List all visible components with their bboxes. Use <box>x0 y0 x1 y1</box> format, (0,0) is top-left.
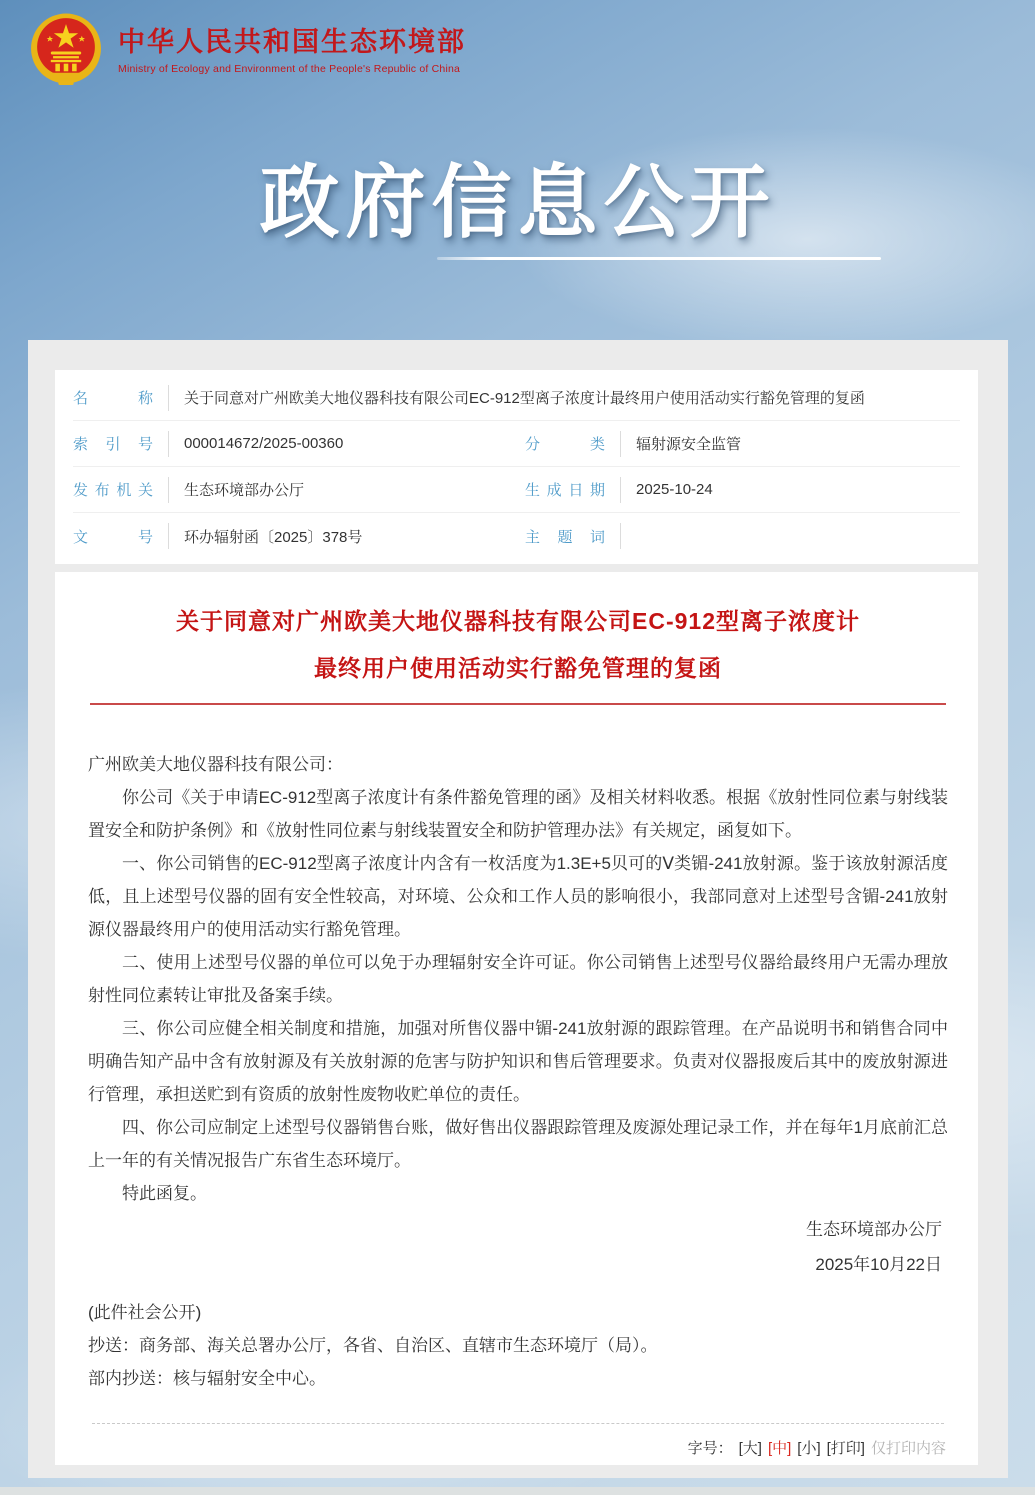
paragraph: 四、你公司应制定上述型号仪器销售台账，做好售出仪器跟踪管理及废源处理记录工作，并… <box>88 1111 948 1177</box>
meta-row-agency: 发布机关 生态环境部办公厅 生成日期 2025-10-24 <box>73 467 960 513</box>
content-panel: 名称 关于同意对广州欧美大地仪器科技有限公司EC-912型离子浓度计最终用户使用… <box>28 340 1008 1478</box>
site-header-logo-link[interactable]: 中华人民共和国生态环境部 Ministry of Ecology and Env… <box>28 12 466 88</box>
cc-line: 抄送：商务部、海关总署办公厅，各省、自治区、直辖市生态环境厅（局）。 <box>88 1329 948 1362</box>
meta-value-agency: 生态环境部办公厅 <box>184 479 304 500</box>
meta-label-index: 索引号 <box>73 433 153 454</box>
font-size-large-button[interactable]: [大] <box>739 1440 762 1457</box>
paragraph: 三、你公司应健全相关制度和措施，加强对所售仪器中镅-241放射源的跟踪管理。在产… <box>88 1012 948 1111</box>
paragraph: 你公司《关于申请EC-912型离子浓度计有条件豁免管理的函》及相关材料收悉。根据… <box>88 781 948 847</box>
notes-block: (此件社会公开) 抄送：商务部、海关总署办公厅，各省、自治区、直辖市生态环境厅（… <box>88 1296 948 1395</box>
ministry-name-cn: 中华人民共和国生态环境部 <box>118 25 466 59</box>
title-rule <box>90 703 946 705</box>
ministry-name-en: Ministry of Ecology and Environment of t… <box>118 63 466 75</box>
meta-row-doc-no: 文号 环办辐射函〔2025〕378号 主题词 <box>73 513 960 559</box>
meta-value-gen-date: 2025-10-24 <box>636 481 713 498</box>
font-size-small-button[interactable]: [小] <box>797 1440 820 1457</box>
document-title: 关于同意对广州欧美大地仪器科技有限公司EC-912型离子浓度计 最终用户使用活动… <box>88 598 948 692</box>
print-button[interactable]: [打印] <box>827 1440 865 1457</box>
ministry-names: 中华人民共和国生态环境部 Ministry of Ecology and Env… <box>118 25 466 75</box>
document-body-card: 关于同意对广州欧美大地仪器科技有限公司EC-912型离子浓度计 最终用户使用活动… <box>55 572 978 1465</box>
meta-row-index: 索引号 000014672/2025-00360 分类 辐射源安全监管 <box>73 421 960 467</box>
print-note: 仅打印内容 <box>871 1440 946 1457</box>
paragraph: 一、你公司销售的EC-912型离子浓度计内含有一枚活度为1.3E+5贝可的Ⅴ类镅… <box>88 847 948 946</box>
internal-cc-line: 部内抄送：核与辐射安全中心。 <box>88 1362 948 1395</box>
meta-label-doc-no: 文号 <box>73 526 153 547</box>
signature-block: 生态环境部办公厅 2025年10月22日 <box>88 1212 948 1282</box>
meta-value-name: 关于同意对广州欧美大地仪器科技有限公司EC-912型离子浓度计最终用户使用活动实… <box>184 387 865 408</box>
signature-agency: 生态环境部办公厅 <box>88 1212 942 1247</box>
page-title: 政府信息公开 <box>0 138 1035 253</box>
meta-label-category: 分类 <box>525 433 605 454</box>
meta-value-category: 辐射源安全监管 <box>636 433 741 454</box>
meta-label-name: 名称 <box>73 387 153 408</box>
document-title-line2: 最终用户使用活动实行豁免管理的复函 <box>88 645 948 692</box>
salutation: 广州欧美大地仪器科技有限公司： <box>88 748 948 781</box>
divider <box>620 477 621 503</box>
signature-date: 2025年10月22日 <box>88 1247 942 1282</box>
divider <box>620 523 621 549</box>
public-note: (此件社会公开) <box>88 1296 948 1329</box>
national-emblem-icon <box>28 12 104 88</box>
bottom-strip <box>0 1487 1035 1495</box>
font-size-label: 字号： <box>688 1440 733 1457</box>
closing-phrase: 特此函复。 <box>88 1177 948 1210</box>
title-underline <box>437 257 881 260</box>
document-title-line1: 关于同意对广州欧美大地仪器科技有限公司EC-912型离子浓度计 <box>88 598 948 645</box>
divider <box>168 385 169 411</box>
divider <box>620 431 621 457</box>
font-size-medium-button[interactable]: [中] <box>768 1440 791 1457</box>
divider <box>168 477 169 503</box>
meta-label-subject: 主题词 <box>525 526 605 547</box>
meta-label-gen-date: 生成日期 <box>525 479 605 500</box>
divider <box>168 523 169 549</box>
document-text: 广州欧美大地仪器科技有限公司： 你公司《关于申请EC-912型离子浓度计有条件豁… <box>88 748 948 1210</box>
page: 中华人民共和国生态环境部 Ministry of Ecology and Env… <box>0 0 1035 1495</box>
meta-row-name: 名称 关于同意对广州欧美大地仪器科技有限公司EC-912型离子浓度计最终用户使用… <box>73 375 960 421</box>
font-size-controls: 字号：[大][中][小][打印]仅打印内容 <box>88 1424 948 1458</box>
meta-value-doc-no: 环办辐射函〔2025〕378号 <box>184 526 362 547</box>
document-metadata-table: 名称 关于同意对广州欧美大地仪器科技有限公司EC-912型离子浓度计最终用户使用… <box>55 370 978 564</box>
meta-label-agency: 发布机关 <box>73 479 153 500</box>
divider <box>168 431 169 457</box>
meta-value-index: 000014672/2025-00360 <box>184 435 343 452</box>
paragraph: 二、使用上述型号仪器的单位可以免于办理辐射安全许可证。你公司销售上述型号仪器给最… <box>88 946 948 1012</box>
